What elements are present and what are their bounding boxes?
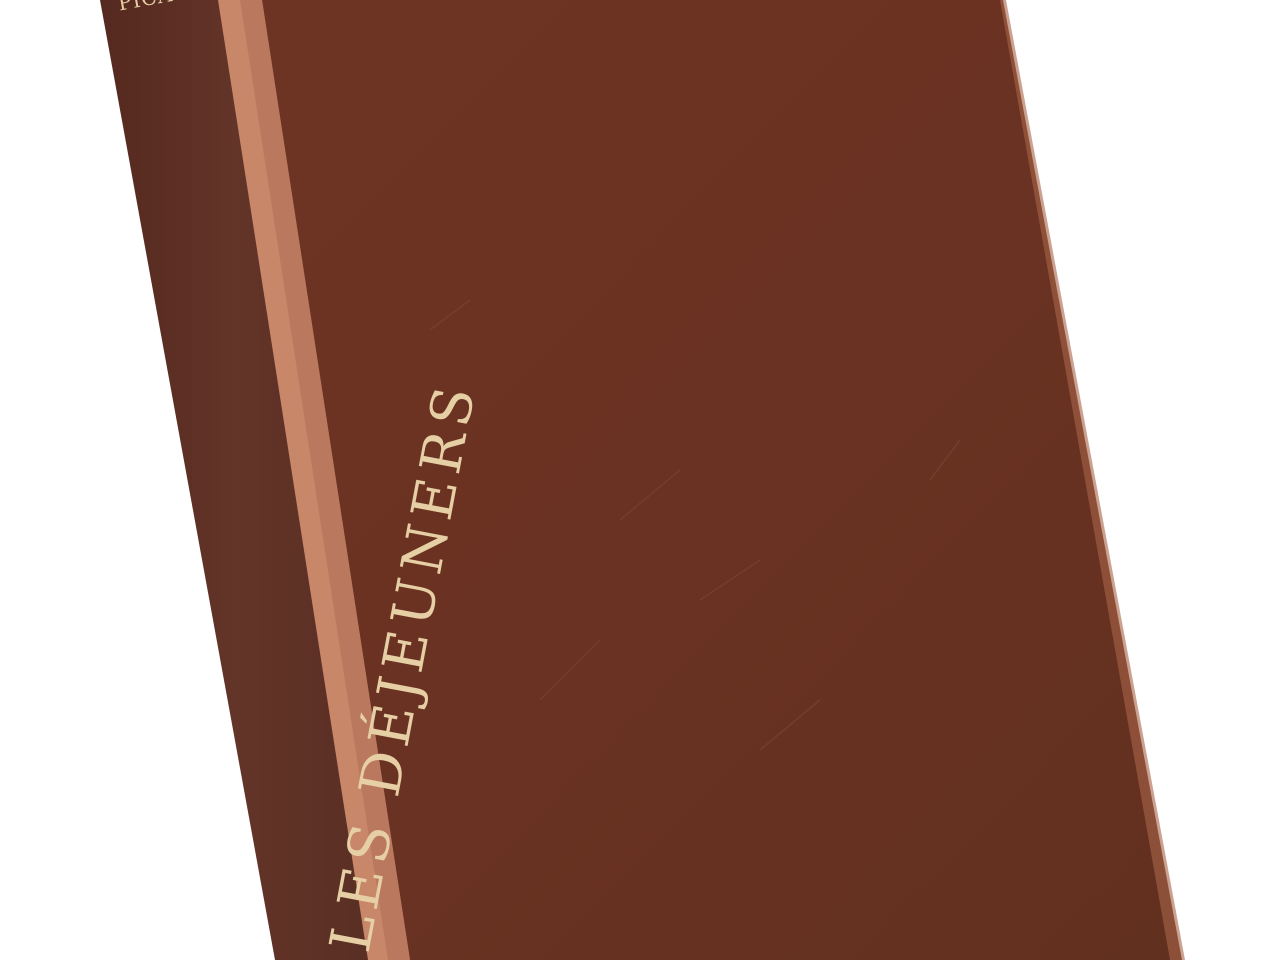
book-shape <box>0 0 1280 960</box>
book-photo: PICASSO LES DÉJEUNERS <box>0 0 1280 960</box>
